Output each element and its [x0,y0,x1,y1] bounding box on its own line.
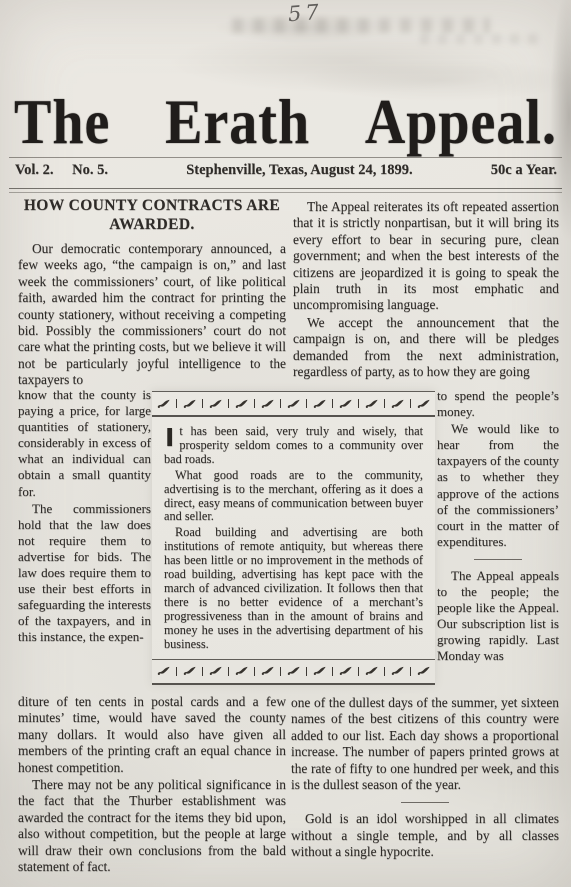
right-column-top: The Appeal reiterates its oft repeated a… [293,199,559,380]
ornament-separator [358,667,359,676]
fleuron-icon [391,666,404,676]
fleuron-icon [183,666,196,676]
fleuron-icon [313,399,326,409]
ornament-border-bottom [152,659,435,685]
masthead-word-the: The [14,86,110,159]
inset-body: It has been said, very truly and wisely,… [152,417,435,659]
fleuron-icon [235,399,248,409]
left-column-top: HOW COUNTY CONTRACTS ARE AWARDED. Our de… [18,197,286,389]
ink-smudge [420,34,540,44]
ornament-separator [358,399,359,408]
volume-label: Vol. 2. [15,162,54,178]
ornament-separator [332,667,333,676]
inset-paragraph-text: t has been said, very truly and wisely, … [164,424,423,466]
masthead-title: The Erath Appeal. [14,86,557,159]
fleuron-icon [365,399,378,409]
fleuron-icon [417,666,430,676]
section-divider [401,802,449,803]
ornament-separator [176,667,177,676]
issue-number-label: No. 5. [72,162,108,178]
article-paragraph: Our democratic contemporary announced, a… [18,241,286,389]
fleuron-icon [339,399,352,409]
fleuron-icon [157,399,170,409]
fleuron-icon [391,399,404,409]
dateline: Vol. 2. No. 5. Stephenville, Texas, Augu… [15,162,557,179]
ornament-separator [306,667,307,676]
ornament-separator [254,399,255,408]
advertising-inset: It has been said, very truly and wisely,… [152,391,435,685]
ornament-separator [202,399,203,408]
article-paragraph: We would like to hear from the taxpayers… [437,421,559,550]
fleuron-icon [261,399,274,409]
ornament-separator [228,399,229,408]
article-paragraph: Gold is an idol worshipped in all climat… [291,811,559,860]
right-column-bottom: one of the dullest days of the summer, y… [291,695,559,861]
inset-paragraph: It has been said, very truly and wisely,… [164,425,423,467]
masthead-word-appeal: Appeal. [365,86,557,159]
masthead-word-erath: Erath [165,86,310,159]
place-date: Stephenville, Texas, August 24, 1899. [186,162,412,179]
left-column-narrow: know that the county is paying a price, … [18,387,151,646]
fleuron-icon [261,666,274,676]
article-paragraph: We accept the announcement that the camp… [293,315,559,381]
article-paragraph: to spend the people’s money. [437,388,559,420]
fleuron-icon [287,399,300,409]
drop-cap: I [165,426,174,449]
ink-smudge [232,18,490,33]
fleuron-icon [287,666,300,676]
ornament-separator [280,399,281,408]
subscription-price: 50c a Year. [491,162,557,179]
newspaper-page: 57 The Erath Appeal. Vol. 2. No. 5. Step… [0,0,571,887]
ornament-separator [202,667,203,676]
fleuron-icon [365,666,378,676]
article-paragraph: know that the county is paying a price, … [18,387,151,500]
dateline-rule-bottom [9,188,562,193]
ornament-separator [332,399,333,408]
fleuron-icon [339,666,352,676]
fleuron-icon [209,666,222,676]
right-column-narrow: to spend the people’s money. We would li… [437,388,559,665]
fleuron-icon [157,666,170,676]
fleuron-icon [313,666,326,676]
ornament-separator [410,399,411,408]
article-paragraph: The Appeal reiterates its oft repeated a… [293,199,559,314]
fleuron-icon [183,399,196,409]
ornament-separator [176,399,177,408]
fleuron-icon [235,666,248,676]
ornament-separator [280,667,281,676]
article-paragraph: The commissioners hold that the law does… [18,501,151,646]
ornament-separator [254,667,255,676]
left-column-bottom: diture of ten cents in postal cards and … [18,694,286,875]
article-paragraph: The Appeal appeals to the people; the pe… [437,568,559,665]
fleuron-icon [417,399,430,409]
ornament-separator [410,667,411,676]
fleuron-icon [209,399,222,409]
article-paragraph: There may not be any political significa… [18,777,286,875]
ornament-separator [384,399,385,408]
volume-number: Vol. 2. No. 5. [15,162,108,179]
dateline-rule-top [9,157,562,158]
article-paragraph: one of the dullest days of the summer, y… [291,695,559,793]
section-divider [474,559,522,560]
ornament-border-top [152,391,435,417]
article-paragraph: diture of ten cents in postal cards and … [18,694,286,776]
ornament-separator [384,667,385,676]
ornament-separator [306,399,307,408]
inset-paragraph: What good roads are to the community, ad… [164,469,423,525]
article-headline: HOW COUNTY CONTRACTS ARE AWARDED. [18,197,286,234]
ornament-separator [228,667,229,676]
inset-paragraph: Road building and advertising are both i… [164,526,423,651]
